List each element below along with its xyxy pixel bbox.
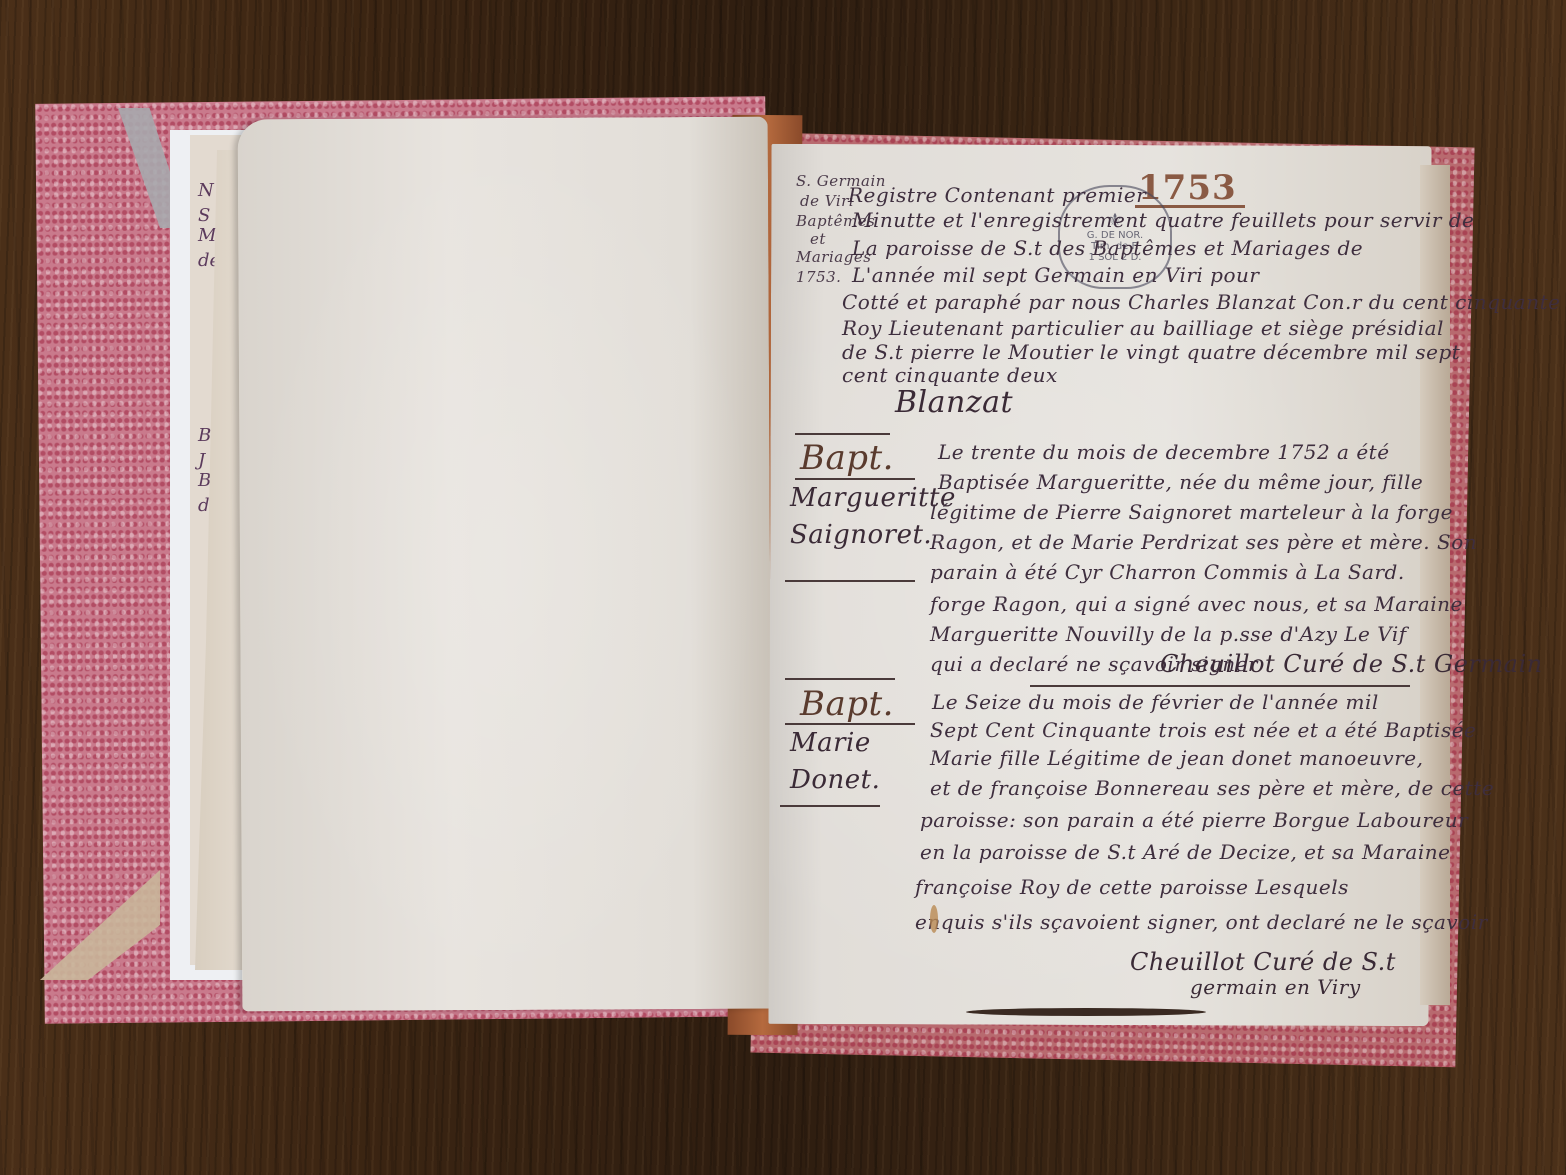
entry-name-last: Saignoret. <box>790 520 932 550</box>
paper-stain <box>930 905 938 933</box>
entry-line: et de françoise Bonnereau ses père et mè… <box>930 776 1494 800</box>
entry-line: Sept Cent Cinquante trois est née et a é… <box>930 718 1476 742</box>
header-line: Registre Contenant premier <box>848 183 1146 207</box>
margin-rule <box>785 678 895 680</box>
entry-line: Le trente du mois de decembre 1752 a été <box>938 440 1390 464</box>
margin-rule <box>785 723 915 725</box>
underlying-page-fragment: B <box>198 425 211 447</box>
underlying-page-fragment: S <box>198 205 210 227</box>
header-line: de S.t pierre le Moutier le vingt quatre… <box>842 340 1460 364</box>
header-line: La paroisse de S.t des Baptêmes et Maria… <box>852 236 1363 260</box>
entry-name-first: Marie <box>790 728 871 758</box>
underlying-page-fragment: J <box>198 450 205 472</box>
entry-signature: Cheuillot Curé de S.t <box>1130 948 1396 976</box>
ink-flourish <box>966 1008 1206 1016</box>
entry-line: Baptisée Margueritte, née du même jour, … <box>938 470 1423 494</box>
entry-type: Bapt. <box>800 438 894 478</box>
entry-line: Le Seize du mois de février de l'année m… <box>932 690 1379 714</box>
header-line: Roy Lieutenant particulier au bailliage … <box>842 316 1444 340</box>
underlying-page-fragment: d <box>198 495 210 517</box>
entry-line: Marie fille Légitime de jean donet manoe… <box>930 746 1423 770</box>
underlying-page-fragment: M <box>198 225 216 247</box>
margin-rule <box>785 580 915 582</box>
entry-line: légitime de Pierre Saignoret marteleur à… <box>930 500 1453 524</box>
entry-line: enquis s'ils sçavoient signer, ont decla… <box>915 910 1488 934</box>
header-line: Minutte et l'enregistrement quatre feuil… <box>852 208 1474 232</box>
margin-header-line: de Viri <box>800 192 854 210</box>
underlying-page-fragment: N <box>198 180 214 202</box>
margin-rule <box>780 805 880 807</box>
entry-line: en la paroisse de S.t Aré de Decize, et … <box>920 840 1450 864</box>
entry-line: Margueritte Nouvilly de la p.sse d'Azy L… <box>930 622 1407 646</box>
entry-separator <box>1030 685 1410 687</box>
entry-signature-line2: germain en Viry <box>1190 975 1361 999</box>
entry-line: forge Ragon, qui a signé avec nous, et s… <box>930 592 1463 616</box>
entry-line: paroisse: son parain a été pierre Borgue… <box>920 808 1468 832</box>
margin-header-line: 1753. <box>796 268 841 286</box>
entry-line: françoise Roy de cette paroisse Lesquels <box>915 875 1349 899</box>
header-line: L'année mil sept Germain en Viri pour <box>852 263 1259 287</box>
entry-name-last: Donet. <box>790 765 880 795</box>
entry-line: parain à été Cyr Charron Commis à La Sar… <box>930 560 1405 584</box>
entry-signature: Cheuillot Curé de S.t Germain <box>1160 650 1543 678</box>
margin-header-line: et <box>810 230 826 248</box>
entry-line: Ragon, et de Marie Perdrizat ses père et… <box>930 530 1477 554</box>
header-signature: Blanzat <box>895 385 1013 420</box>
underlying-page-fragment: B <box>198 470 211 492</box>
left-blank-page <box>238 117 773 1012</box>
entry-type: Bapt. <box>800 684 894 724</box>
margin-rule <box>795 433 890 435</box>
header-line: cent cinquante deux <box>842 363 1058 387</box>
margin-rule <box>795 478 915 480</box>
header-line: Cotté et paraphé par nous Charles Blanza… <box>842 290 1566 314</box>
